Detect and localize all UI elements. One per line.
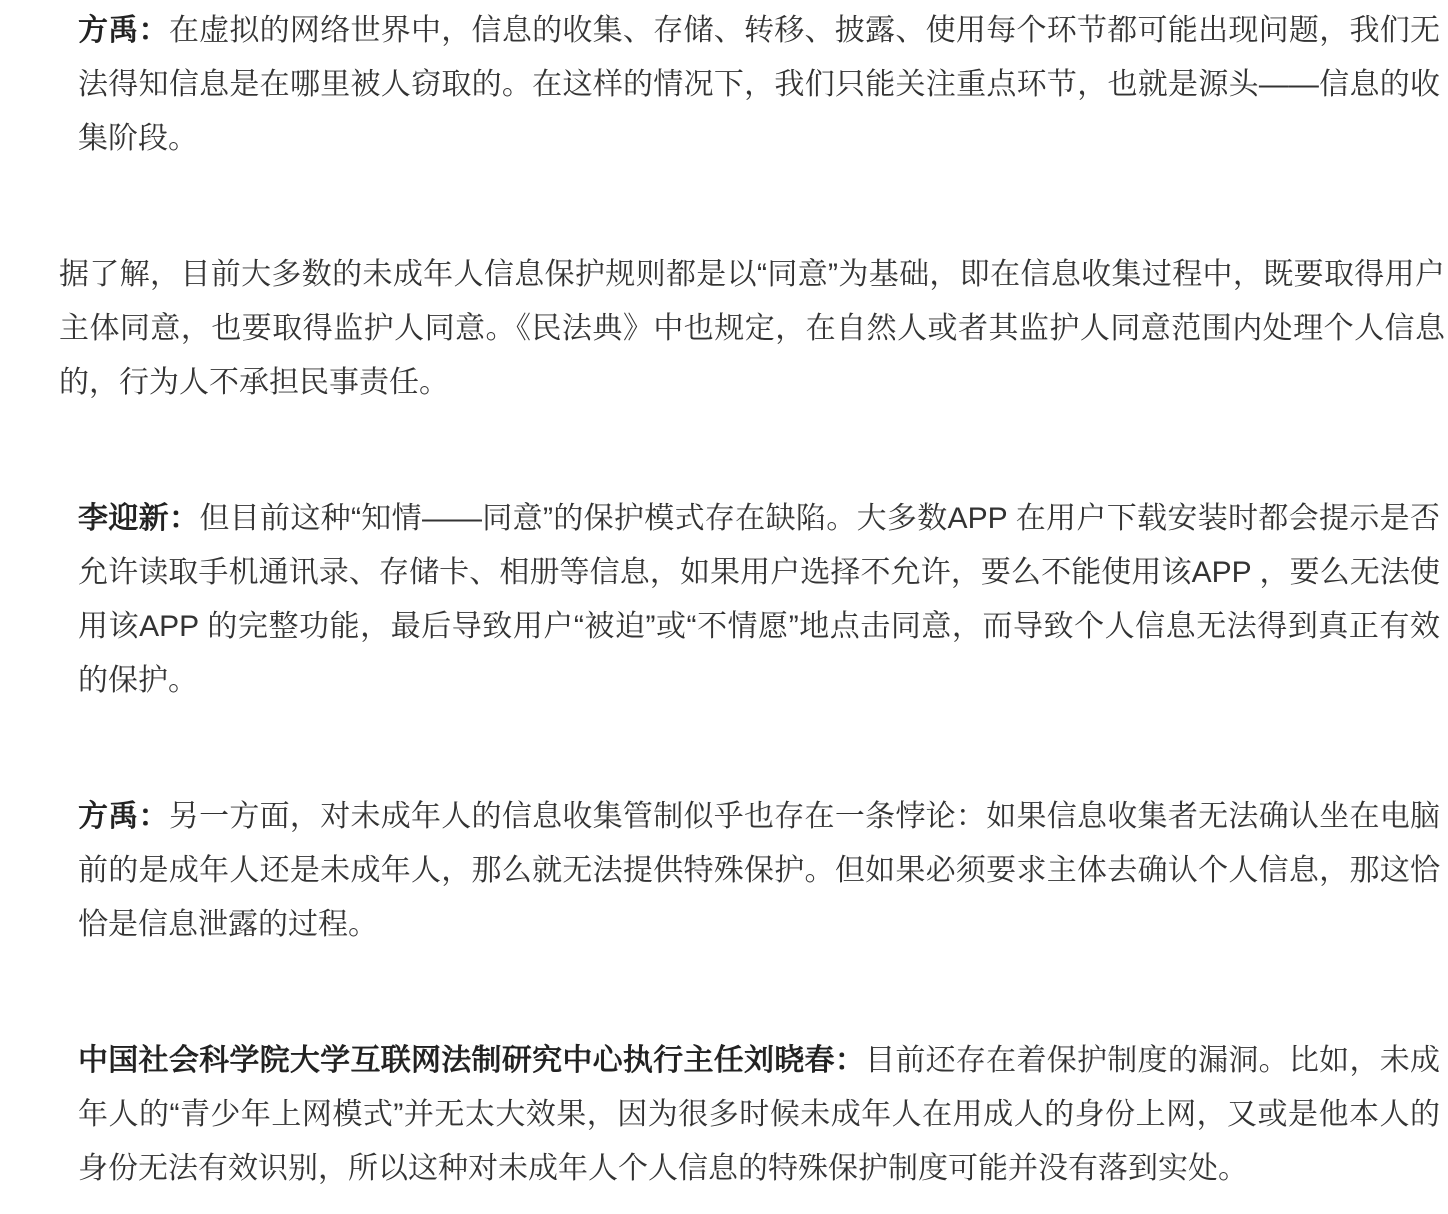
- paragraph-text: 但目前这种“知情——同意”的保护模式存在缺陷。大多数APP 在用户下载安装时都会…: [78, 502, 1440, 697]
- paragraph-text: 另一方面，对未成年人的信息收集管制似乎也存在一条悖论：如果信息收集者无法确认坐在…: [78, 800, 1440, 941]
- paragraph-narration: 据了解，目前大多数的未成年人信息保护规则都是以“同意”为基础，即在信息收集过程中…: [59, 248, 1445, 410]
- speaker-name: 方禹：: [78, 14, 169, 47]
- speaker-name: 中国社会科学院大学互联网法制研究中心执行主任刘晓春：: [78, 1044, 865, 1077]
- paragraph-speaker-liyingxin: 李迎新：但目前这种“知情——同意”的保护模式存在缺陷。大多数APP 在用户下载安…: [78, 492, 1440, 708]
- paragraph-speaker-fangyu-2: 方禹：另一方面，对未成年人的信息收集管制似乎也存在一条悖论：如果信息收集者无法确…: [78, 790, 1440, 952]
- paragraph-speaker-liuxiaochun: 中国社会科学院大学互联网法制研究中心执行主任刘晓春：目前还存在着保护制度的漏洞。…: [78, 1034, 1440, 1196]
- speaker-name: 方禹：: [78, 800, 169, 833]
- speaker-name: 李迎新：: [78, 502, 199, 535]
- paragraph-text: 据了解，目前大多数的未成年人信息保护规则都是以“同意”为基础，即在信息收集过程中…: [59, 258, 1445, 399]
- paragraph-text: 在虚拟的网络世界中，信息的收集、存储、转移、披露、使用每个环节都可能出现问题，我…: [78, 14, 1440, 155]
- paragraph-speaker-fangyu-1: 方禹：在虚拟的网络世界中，信息的收集、存储、转移、披露、使用每个环节都可能出现问…: [78, 4, 1440, 166]
- article-body: 方禹：在虚拟的网络世界中，信息的收集、存储、转移、披露、使用每个环节都可能出现问…: [0, 0, 1448, 1196]
